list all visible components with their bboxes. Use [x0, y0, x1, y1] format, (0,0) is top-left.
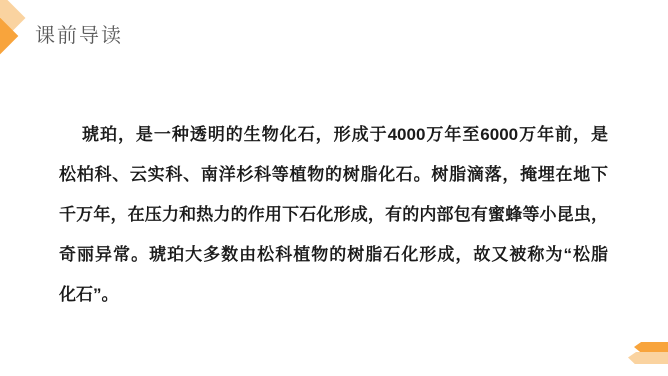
peach-arrow-shape [628, 352, 668, 364]
body-line-2: 松柏科、云实科、南洋杉科等植物的树脂化石。树脂滴落，掩埋在地下 [59, 155, 608, 195]
body-line-4: 奇丽异常。琥珀大多数由松科植物的树脂石化形成，故又被称为“松脂 [59, 235, 608, 275]
slide-title: 课前导读 [35, 19, 123, 48]
body-line-5: 化石”。 [59, 275, 608, 315]
body-line-1: 琥珀，是一种透明的生物化石，形成于4000万年至6000万年前，是 [59, 115, 608, 155]
body-line-3: 千万年，在压力和热力的作用下石化形成，有的内部包有蜜蜂等小昆虫， [59, 195, 608, 235]
body-paragraph: 琥珀，是一种透明的生物化石，形成于4000万年至6000万年前，是 松柏科、云实… [59, 115, 608, 315]
orange-arrow-shape [634, 342, 668, 352]
slide-canvas: 课前导读 琥珀，是一种透明的生物化石，形成于4000万年至6000万年前，是 松… [0, 0, 668, 376]
